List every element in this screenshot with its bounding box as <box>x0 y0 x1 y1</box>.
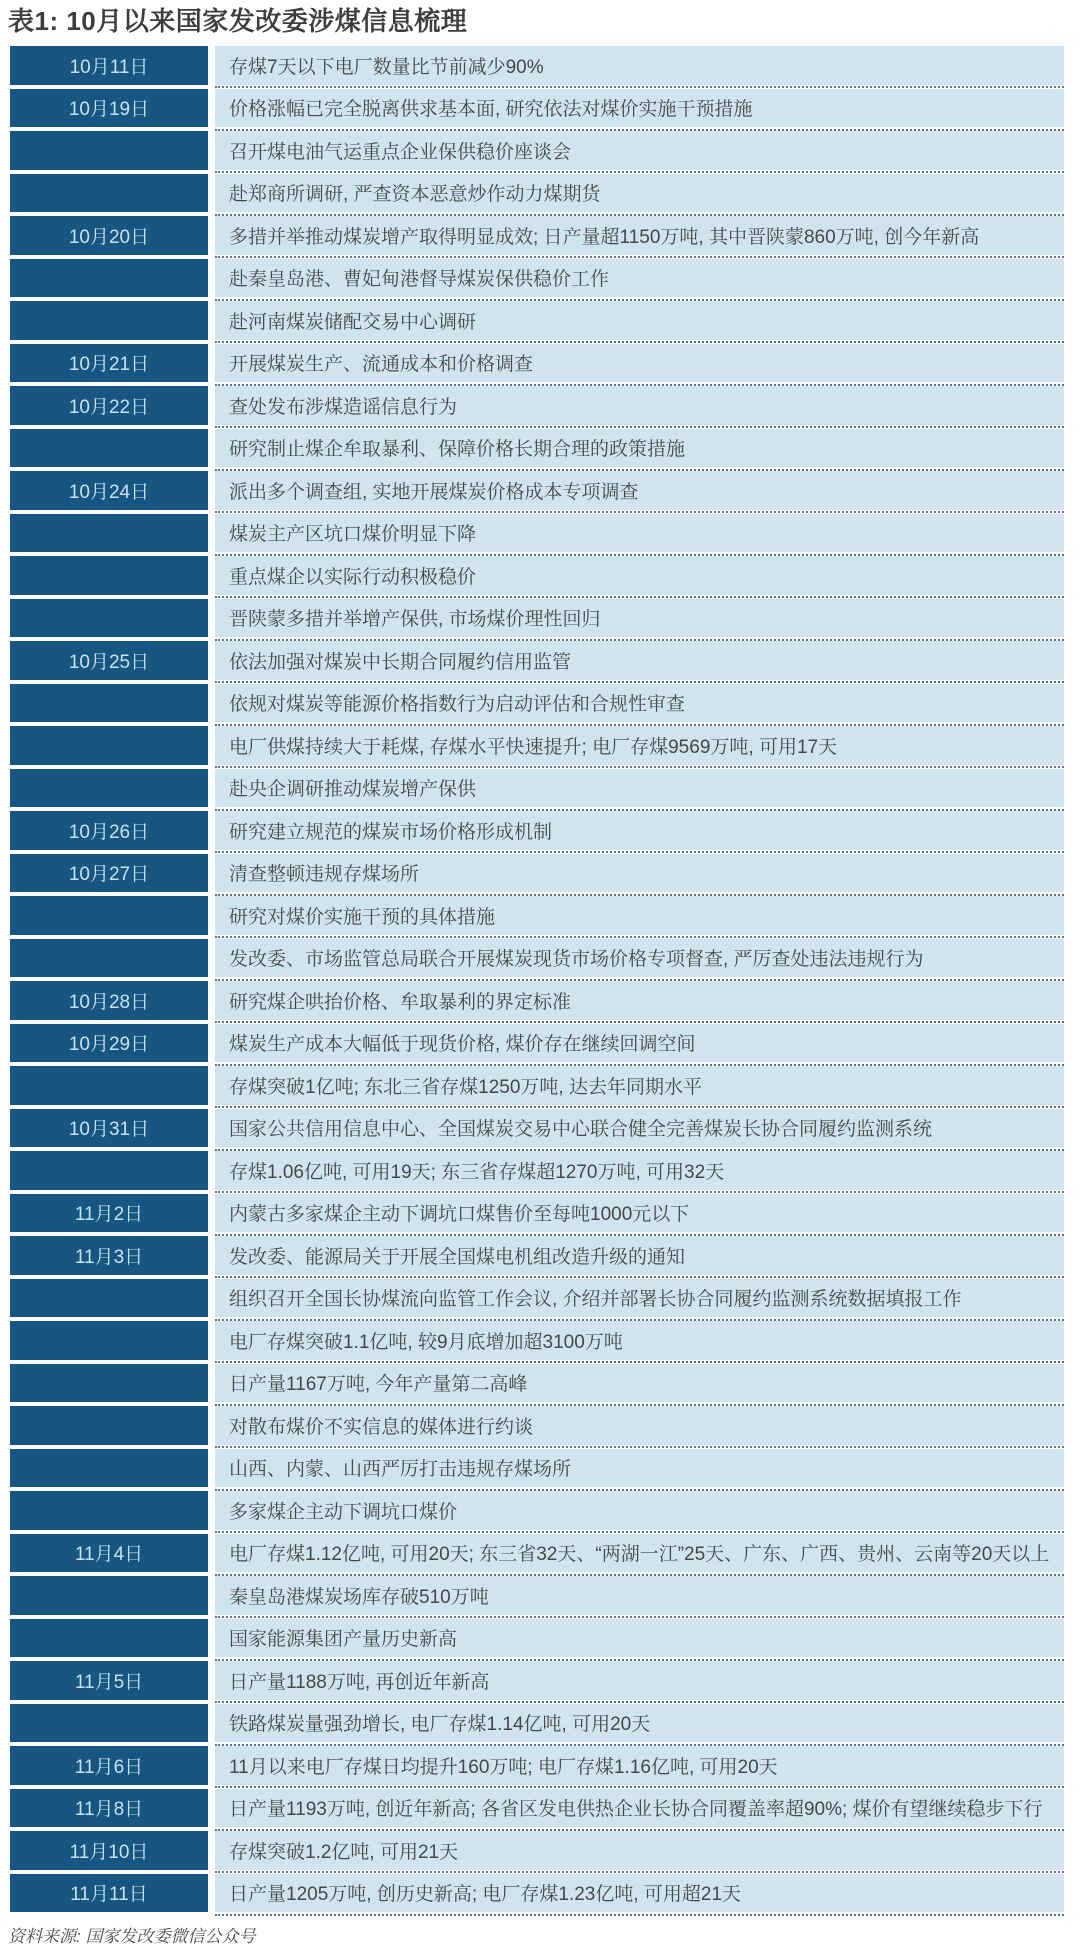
table-row: 电厂供煤持续大于耗煤, 存煤水平快速提升; 电厂存煤9569万吨, 可用17天 <box>10 726 1064 765</box>
date-label: 10月27日 <box>69 859 149 886</box>
date-cell: 10月29日 <box>10 1024 208 1063</box>
date-cell <box>10 514 208 553</box>
date-cell: 10月27日 <box>10 854 208 893</box>
table-row: 存煤1.06亿吨, 可用19天; 东三省存煤超1270万吨, 可用32天 <box>10 1151 1064 1190</box>
event-text: 研究煤企哄抬价格、牟取暴利的界定标准 <box>229 987 571 1014</box>
date-cell: 10月22日 <box>10 386 208 425</box>
date-cell <box>10 174 208 213</box>
event-cell: 秦皇岛港煤炭场库存破510万吨 <box>215 1576 1064 1615</box>
event-cell: 研究制止煤企牟取暴利、保障价格长期合理的政策措施 <box>215 429 1064 468</box>
table-row: 存煤突破1亿吨; 东北三省存煤1250万吨, 达去年同期水平 <box>10 1066 1064 1105</box>
date-cell <box>10 1406 208 1445</box>
event-cell: 赴郑商所调研, 严查资本恶意炒作动力煤期货 <box>215 174 1064 213</box>
event-text: 赴郑商所调研, 严查资本恶意炒作动力煤期货 <box>229 179 601 206</box>
event-text: 赴央企调研推动煤炭增产保供 <box>229 774 476 801</box>
date-cell <box>10 939 208 978</box>
date-cell <box>10 1704 208 1743</box>
event-text: 研究制止煤企牟取暴利、保障价格长期合理的政策措施 <box>229 434 685 461</box>
event-cell: 研究煤企哄抬价格、牟取暴利的界定标准 <box>215 981 1064 1020</box>
event-text: 电厂供煤持续大于耗煤, 存煤水平快速提升; 电厂存煤9569万吨, 可用17天 <box>229 732 837 759</box>
event-text: 依规对煤炭等能源价格指数行为启动评估和合规性审查 <box>229 689 685 716</box>
event-text: 铁路煤炭量强劲增长, 电厂存煤1.14亿吨, 可用20天 <box>229 1709 650 1736</box>
table-row: 多家煤企主动下调坑口煤价 <box>10 1491 1064 1530</box>
event-text: 开展煤炭生产、流通成本和价格调查 <box>229 349 533 376</box>
table-row: 山西、内蒙、山西严厉打击违规存煤场所 <box>10 1449 1064 1488</box>
table-row: 11月10日存煤突破1.2亿吨, 可用21天 <box>10 1831 1064 1870</box>
table-row: 秦皇岛港煤炭场库存破510万吨 <box>10 1576 1064 1615</box>
event-text: 清查整顿违规存煤场所 <box>229 859 419 886</box>
table-row: 铁路煤炭量强劲增长, 电厂存煤1.14亿吨, 可用20天 <box>10 1704 1064 1743</box>
date-cell <box>10 726 208 765</box>
event-text: 内蒙古多家煤企主动下调坑口煤售价至每吨1000元以下 <box>229 1199 689 1226</box>
data-source-note: 资料来源: 国家发改委微信公众号 <box>8 1922 1080 1947</box>
date-label: 11月5日 <box>75 1667 143 1694</box>
event-text: 电厂存煤突破1.1亿吨, 较9月底增加超3100万吨 <box>229 1327 623 1354</box>
event-cell: 山西、内蒙、山西严厉打击违规存煤场所 <box>215 1449 1064 1488</box>
event-text: 重点煤企以实际行动积极稳价 <box>229 562 476 589</box>
event-cell: 煤炭生产成本大幅低于现货价格, 煤价存在继续回调空间 <box>215 1024 1064 1063</box>
date-cell <box>10 1321 208 1360</box>
table-row: 10月25日依法加强对煤炭中长期合同履约信用监管 <box>10 641 1064 680</box>
date-cell: 10月28日 <box>10 981 208 1020</box>
table-row: 11月3日发改委、能源局关于开展全国煤电机组改造升级的通知 <box>10 1236 1064 1275</box>
table-row: 11月8日日产量1193万吨, 创近年新高; 各省区发电供热企业长协合同覆盖率超… <box>10 1789 1064 1828</box>
event-text: 存煤1.06亿吨, 可用19天; 东三省存煤超1270万吨, 可用32天 <box>229 1157 724 1184</box>
table-row: 发改委、市场监管总局联合开展煤炭现货市场价格专项督查, 严厉查处违法违规行为 <box>10 939 1064 978</box>
event-cell: 开展煤炭生产、流通成本和价格调查 <box>215 344 1064 383</box>
table-row: 10月20日多措并举推动煤炭增产取得明显成效; 日产量超1150万吨, 其中晋陕… <box>10 216 1064 255</box>
date-label: 10月21日 <box>69 349 149 376</box>
event-cell: 日产量1167万吨, 今年产量第二高峰 <box>215 1364 1064 1403</box>
event-cell: 研究对煤价实施干预的具体措施 <box>215 896 1064 935</box>
event-cell: 内蒙古多家煤企主动下调坑口煤售价至每吨1000元以下 <box>215 1194 1064 1233</box>
date-label: 10月20日 <box>69 222 149 249</box>
event-text: 日产量1193万吨, 创近年新高; 各省区发电供热企业长协合同覆盖率超90%; … <box>229 1794 1043 1821</box>
table-row: 10月21日开展煤炭生产、流通成本和价格调查 <box>10 344 1064 383</box>
table-row: 10月19日价格涨幅已完全脱离供求基本面, 研究依法对煤价实施干预措施 <box>10 89 1064 128</box>
event-text: 11月以来电厂存煤日均提升160万吨; 电厂存煤1.16亿吨, 可用20天 <box>229 1752 778 1779</box>
event-cell: 组织召开全国长协煤流向监管工作会议, 介绍并部署长协合同履约监测系统数据填报工作 <box>215 1279 1064 1318</box>
date-cell: 11月4日 <box>10 1534 208 1573</box>
date-cell: 11月6日 <box>10 1746 208 1785</box>
table-row: 电厂存煤突破1.1亿吨, 较9月底增加超3100万吨 <box>10 1321 1064 1360</box>
event-text: 对散布煤价不实信息的媒体进行约谈 <box>229 1412 533 1439</box>
table-row: 11月5日日产量1188万吨, 再创近年新高 <box>10 1661 1064 1700</box>
table-row: 组织召开全国长协煤流向监管工作会议, 介绍并部署长协合同履约监测系统数据填报工作 <box>10 1279 1064 1318</box>
table-row: 10月29日煤炭生产成本大幅低于现货价格, 煤价存在继续回调空间 <box>10 1024 1064 1063</box>
table-row: 10月26日研究建立规范的煤炭市场价格形成机制 <box>10 811 1064 850</box>
event-cell: 煤炭主产区坑口煤价明显下降 <box>215 514 1064 553</box>
table-row: 晋陕蒙多措并举增产保供, 市场煤价理性回归 <box>10 599 1064 638</box>
event-text: 山西、内蒙、山西严厉打击违规存煤场所 <box>229 1454 571 1481</box>
table-row: 10月28日研究煤企哄抬价格、牟取暴利的界定标准 <box>10 981 1064 1020</box>
date-label: 11月10日 <box>70 1837 149 1864</box>
event-cell: 国家公共信用信息中心、全国煤炭交易中心联合健全完善煤炭长协合同履约监测系统 <box>215 1109 1064 1148</box>
date-cell <box>10 599 208 638</box>
table-row: 11月4日电厂存煤1.12亿吨, 可用20天; 东三省32天、“两湖一江”25天… <box>10 1534 1064 1573</box>
event-text: 发改委、市场监管总局联合开展煤炭现货市场价格专项督查, 严厉查处违法违规行为 <box>229 944 924 971</box>
date-label: 10月25日 <box>69 647 149 674</box>
event-cell: 发改委、能源局关于开展全国煤电机组改造升级的通知 <box>215 1236 1064 1275</box>
date-label: 10月26日 <box>69 817 149 844</box>
event-text: 组织召开全国长协煤流向监管工作会议, 介绍并部署长协合同履约监测系统数据填报工作 <box>229 1284 962 1311</box>
date-label: 11月2日 <box>75 1199 143 1226</box>
table-row: 赴郑商所调研, 严查资本恶意炒作动力煤期货 <box>10 174 1064 213</box>
event-text: 国家能源集团产量历史新高 <box>229 1624 457 1651</box>
date-label: 11月4日 <box>75 1539 143 1566</box>
event-cell: 存煤突破1.2亿吨, 可用21天 <box>215 1831 1064 1870</box>
event-text: 晋陕蒙多措并举增产保供, 市场煤价理性回归 <box>229 604 601 631</box>
date-cell: 11月5日 <box>10 1661 208 1700</box>
event-text: 多家煤企主动下调坑口煤价 <box>229 1497 457 1524</box>
date-label: 10月31日 <box>69 1114 149 1141</box>
date-cell: 11月3日 <box>10 1236 208 1275</box>
event-text: 存煤突破1.2亿吨, 可用21天 <box>229 1837 458 1864</box>
event-cell: 赴秦皇岛港、曹妃甸港督导煤炭保供稳价工作 <box>215 259 1064 298</box>
table-row: 重点煤企以实际行动积极稳价 <box>10 556 1064 595</box>
date-cell <box>10 1576 208 1615</box>
date-cell: 10月25日 <box>10 641 208 680</box>
table-row: 国家能源集团产量历史新高 <box>10 1619 1064 1658</box>
date-cell: 11月11日 <box>10 1874 208 1913</box>
event-text: 国家公共信用信息中心、全国煤炭交易中心联合健全完善煤炭长协合同履约监测系统 <box>229 1114 932 1141</box>
date-cell <box>10 1364 208 1403</box>
event-cell: 存煤7天以下电厂数量比节前减少90% <box>215 46 1064 85</box>
event-text: 煤炭主产区坑口煤价明显下降 <box>229 519 476 546</box>
event-text: 查处发布涉煤造谣信息行为 <box>229 392 457 419</box>
event-cell: 晋陕蒙多措并举增产保供, 市场煤价理性回归 <box>215 599 1064 638</box>
event-text: 研究建立规范的煤炭市场价格形成机制 <box>229 817 552 844</box>
event-text: 赴河南煤炭储配交易中心调研 <box>229 307 476 334</box>
date-label: 10月24日 <box>69 477 149 504</box>
date-label: 11月3日 <box>75 1242 143 1269</box>
date-cell <box>10 769 208 808</box>
table-row: 10月24日派出多个调查组, 实地开展煤炭价格成本专项调查 <box>10 471 1064 510</box>
date-label: 11月8日 <box>75 1794 143 1821</box>
table-title: 表1: 10月以来国家发改委涉煤信息梳理 <box>8 5 1080 37</box>
event-cell: 日产量1188万吨, 再创近年新高 <box>215 1661 1064 1700</box>
event-text: 赴秦皇岛港、曹妃甸港督导煤炭保供稳价工作 <box>229 264 609 291</box>
event-cell: 重点煤企以实际行动积极稳价 <box>215 556 1064 595</box>
table-row: 11月2日内蒙古多家煤企主动下调坑口煤售价至每吨1000元以下 <box>10 1194 1064 1233</box>
event-cell: 查处发布涉煤造谣信息行为 <box>215 386 1064 425</box>
event-cell: 依法加强对煤炭中长期合同履约信用监管 <box>215 641 1064 680</box>
event-cell: 电厂存煤1.12亿吨, 可用20天; 东三省32天、“两湖一江”25天、广东、广… <box>215 1534 1064 1573</box>
table-row: 赴央企调研推动煤炭增产保供 <box>10 769 1064 808</box>
event-cell: 派出多个调查组, 实地开展煤炭价格成本专项调查 <box>215 471 1064 510</box>
date-label: 10月19日 <box>69 94 149 121</box>
date-cell <box>10 301 208 340</box>
date-cell <box>10 684 208 723</box>
event-text: 日产量1188万吨, 再创近年新高 <box>229 1667 489 1694</box>
date-cell: 11月2日 <box>10 1194 208 1233</box>
event-cell: 依规对煤炭等能源价格指数行为启动评估和合规性审查 <box>215 684 1064 723</box>
event-text: 发改委、能源局关于开展全国煤电机组改造升级的通知 <box>229 1242 685 1269</box>
event-cell: 国家能源集团产量历史新高 <box>215 1619 1064 1658</box>
table-row: 10月31日国家公共信用信息中心、全国煤炭交易中心联合健全完善煤炭长协合同履约监… <box>10 1109 1064 1148</box>
date-cell <box>10 131 208 170</box>
event-text: 秦皇岛港煤炭场库存破510万吨 <box>229 1582 489 1609</box>
event-cell: 赴河南煤炭储配交易中心调研 <box>215 301 1064 340</box>
event-cell: 价格涨幅已完全脱离供求基本面, 研究依法对煤价实施干预措施 <box>215 89 1064 128</box>
table-row: 10月11日存煤7天以下电厂数量比节前减少90% <box>10 46 1064 85</box>
table-row: 研究制止煤企牟取暴利、保障价格长期合理的政策措施 <box>10 429 1064 468</box>
table-row: 依规对煤炭等能源价格指数行为启动评估和合规性审查 <box>10 684 1064 723</box>
event-text: 电厂存煤1.12亿吨, 可用20天; 东三省32天、“两湖一江”25天、广东、广… <box>229 1539 1049 1566</box>
table-row: 对散布煤价不实信息的媒体进行约谈 <box>10 1406 1064 1445</box>
date-cell: 10月24日 <box>10 471 208 510</box>
event-text: 日产量1167万吨, 今年产量第二高峰 <box>229 1369 527 1396</box>
event-cell: 电厂存煤突破1.1亿吨, 较9月底增加超3100万吨 <box>215 1321 1064 1360</box>
date-label: 10月22日 <box>69 392 149 419</box>
date-label: 10月28日 <box>69 987 149 1014</box>
date-cell: 11月10日 <box>10 1831 208 1870</box>
table-row: 赴河南煤炭储配交易中心调研 <box>10 301 1064 340</box>
date-cell: 10月19日 <box>10 89 208 128</box>
event-cell: 存煤1.06亿吨, 可用19天; 东三省存煤超1270万吨, 可用32天 <box>215 1151 1064 1190</box>
date-cell: 10月20日 <box>10 216 208 255</box>
table-row: 煤炭主产区坑口煤价明显下降 <box>10 514 1064 553</box>
table-row: 召开煤电油气运重点企业保供稳价座谈会 <box>10 131 1064 170</box>
event-cell: 多措并举推动煤炭增产取得明显成效; 日产量超1150万吨, 其中晋陕蒙860万吨… <box>215 216 1064 255</box>
event-cell: 日产量1193万吨, 创近年新高; 各省区发电供热企业长协合同覆盖率超90%; … <box>215 1789 1064 1828</box>
date-cell <box>10 1449 208 1488</box>
event-cell: 召开煤电油气运重点企业保供稳价座谈会 <box>215 131 1064 170</box>
event-text: 价格涨幅已完全脱离供求基本面, 研究依法对煤价实施干预措施 <box>229 94 753 121</box>
date-label: 11月6日 <box>75 1752 143 1779</box>
event-text: 召开煤电油气运重点企业保供稳价座谈会 <box>229 137 571 164</box>
event-text: 存煤突破1亿吨; 东北三省存煤1250万吨, 达去年同期水平 <box>229 1072 702 1099</box>
event-text: 多措并举推动煤炭增产取得明显成效; 日产量超1150万吨, 其中晋陕蒙860万吨… <box>229 222 979 249</box>
event-text: 派出多个调查组, 实地开展煤炭价格成本专项调查 <box>229 477 639 504</box>
event-text: 煤炭生产成本大幅低于现货价格, 煤价存在继续回调空间 <box>229 1029 696 1056</box>
event-cell: 11月以来电厂存煤日均提升160万吨; 电厂存煤1.16亿吨, 可用20天 <box>215 1746 1064 1785</box>
date-cell: 11月8日 <box>10 1789 208 1828</box>
date-cell <box>10 1279 208 1318</box>
date-cell <box>10 556 208 595</box>
table-row: 11月6日11月以来电厂存煤日均提升160万吨; 电厂存煤1.16亿吨, 可用2… <box>10 1746 1064 1785</box>
event-cell: 对散布煤价不实信息的媒体进行约谈 <box>215 1406 1064 1445</box>
date-cell: 10月11日 <box>10 46 208 85</box>
event-cell: 研究建立规范的煤炭市场价格形成机制 <box>215 811 1064 850</box>
date-cell <box>10 1491 208 1530</box>
date-cell: 10月21日 <box>10 344 208 383</box>
event-cell: 铁路煤炭量强劲增长, 电厂存煤1.14亿吨, 可用20天 <box>215 1704 1064 1743</box>
table-row: 10月22日查处发布涉煤造谣信息行为 <box>10 386 1064 425</box>
table-row: 赴秦皇岛港、曹妃甸港督导煤炭保供稳价工作 <box>10 259 1064 298</box>
event-text: 依法加强对煤炭中长期合同履约信用监管 <box>229 647 571 674</box>
event-cell: 存煤突破1亿吨; 东北三省存煤1250万吨, 达去年同期水平 <box>215 1066 1064 1105</box>
event-cell: 电厂供煤持续大于耗煤, 存煤水平快速提升; 电厂存煤9569万吨, 可用17天 <box>215 726 1064 765</box>
coal-info-table: 10月11日存煤7天以下电厂数量比节前减少90%10月19日价格涨幅已完全脱离供… <box>10 46 1064 1912</box>
event-text: 存煤7天以下电厂数量比节前减少90% <box>229 52 544 79</box>
event-cell: 日产量1205万吨, 创历史新高; 电厂存煤1.23亿吨, 可用超21天 <box>215 1874 1064 1913</box>
table-row: 研究对煤价实施干预的具体措施 <box>10 896 1064 935</box>
report-table-page: 表1: 10月以来国家发改委涉煤信息梳理 10月11日存煤7天以下电厂数量比节前… <box>0 0 1080 1952</box>
date-cell <box>10 429 208 468</box>
table-row: 日产量1167万吨, 今年产量第二高峰 <box>10 1364 1064 1403</box>
date-cell <box>10 1066 208 1105</box>
date-cell <box>10 1151 208 1190</box>
date-cell <box>10 259 208 298</box>
event-text: 日产量1205万吨, 创历史新高; 电厂存煤1.23亿吨, 可用超21天 <box>229 1879 741 1906</box>
date-label: 11月11日 <box>70 1879 147 1906</box>
date-cell: 10月26日 <box>10 811 208 850</box>
event-cell: 赴央企调研推动煤炭增产保供 <box>215 769 1064 808</box>
date-label: 10月11日 <box>70 52 149 79</box>
event-cell: 清查整顿违规存煤场所 <box>215 854 1064 893</box>
date-cell: 10月31日 <box>10 1109 208 1148</box>
date-label: 10月29日 <box>69 1029 149 1056</box>
date-cell <box>10 1619 208 1658</box>
event-text: 研究对煤价实施干预的具体措施 <box>229 902 495 929</box>
table-row: 10月27日清查整顿违规存煤场所 <box>10 854 1064 893</box>
event-cell: 发改委、市场监管总局联合开展煤炭现货市场价格专项督查, 严厉查处违法违规行为 <box>215 939 1064 978</box>
table-row: 11月11日日产量1205万吨, 创历史新高; 电厂存煤1.23亿吨, 可用超2… <box>10 1874 1064 1913</box>
date-cell <box>10 896 208 935</box>
event-cell: 多家煤企主动下调坑口煤价 <box>215 1491 1064 1530</box>
